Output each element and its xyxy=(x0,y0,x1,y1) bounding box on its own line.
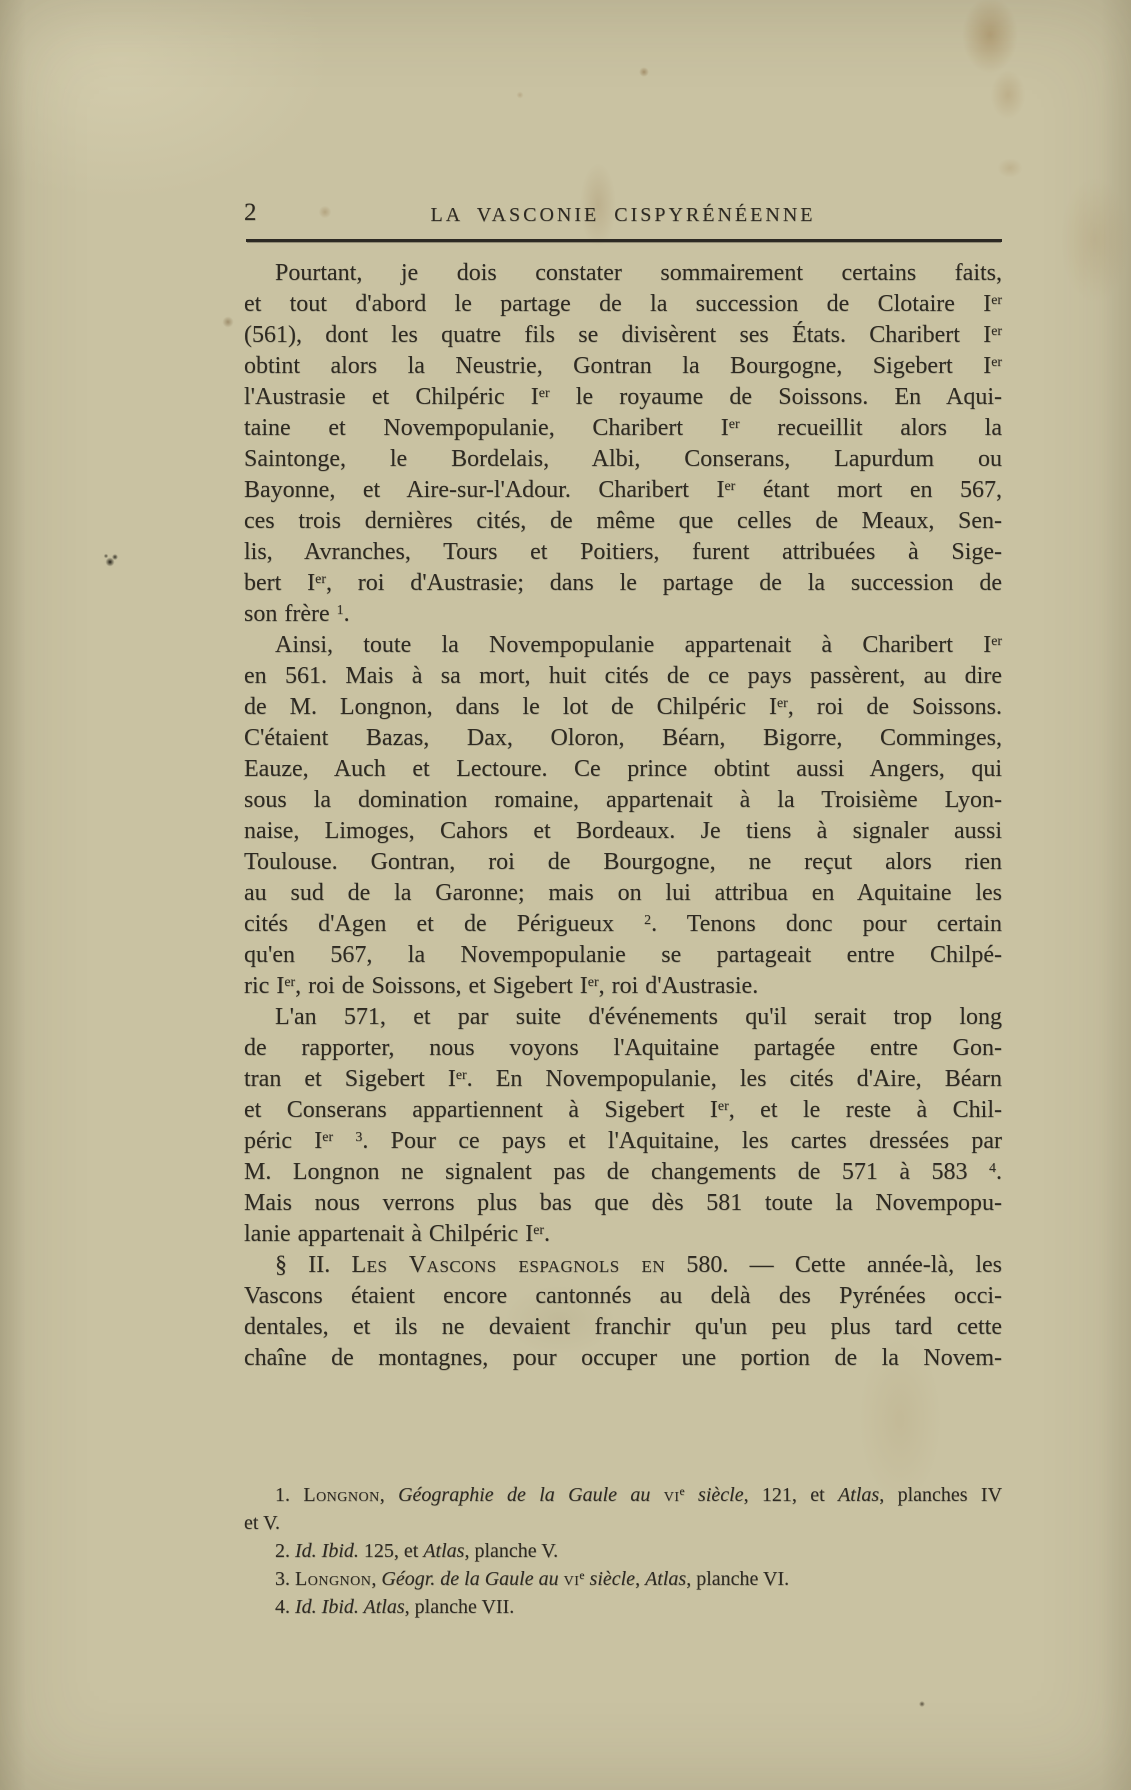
text-line: (561), dont les quatre fils se divisèren… xyxy=(244,320,1002,351)
footnote-line: et V. xyxy=(244,1509,1002,1537)
text-line: Ainsi, toute la Novempopulanie appartena… xyxy=(244,630,1002,661)
footnote-line: 4. Id. Ibid. Atlas, planche VII. xyxy=(244,1593,1002,1621)
text-line: obtint alors la Neustrie, Gontran la Bou… xyxy=(244,351,1002,382)
text-line: L'an 571, et par suite d'événements qu'i… xyxy=(244,1002,1002,1033)
book-page: 2 LA VASCONIE CISPYRÉNÉENNE Pourtant, je… xyxy=(0,0,1131,1790)
text-line: et Conserans appartiennent à Sigebert Ie… xyxy=(244,1095,1002,1126)
text-line: péric Ier 3. Pour ce pays et l'Aquitaine… xyxy=(244,1126,1002,1157)
text-line: M. Longnon ne signalent pas de changemen… xyxy=(244,1157,1002,1188)
text-line: de rapporter, nous voyons l'Aquitaine pa… xyxy=(244,1033,1002,1064)
text-line: son frère 1. xyxy=(244,599,1002,630)
text-line: ces trois dernières cités, de même que c… xyxy=(244,506,1002,537)
text-line: tran et Sigebert Ier. En Novempopulanie,… xyxy=(244,1064,1002,1095)
footnotes: 1. Longnon, Géographie de la Gaule au vi… xyxy=(244,1481,1002,1621)
text-line: taine et Novempopulanie, Charibert Ier r… xyxy=(244,413,1002,444)
text-line: en 561. Mais à sa mort, huit cités de ce… xyxy=(244,661,1002,692)
footnote-line: 1. Longnon, Géographie de la Gaule au vi… xyxy=(244,1481,1002,1509)
text-line: Bayonne, et Aire-sur-l'Adour. Charibert … xyxy=(244,475,1002,506)
text-line: lis, Avranches, Tours et Poitiers, furen… xyxy=(244,537,1002,568)
text-line: naise, Limoges, Cahors et Bordeaux. Je t… xyxy=(244,816,1002,847)
footnote-line: 2. Id. Ibid. 125, et Atlas, planche V. xyxy=(244,1537,1002,1565)
page-body: Pourtant, je dois constater sommairement… xyxy=(244,258,1002,1374)
text-line: dentales, et ils ne devaient franchir qu… xyxy=(244,1312,1002,1343)
text-line: cités d'Agen et de Périgueux 2. Tenons d… xyxy=(244,909,1002,940)
text-line: Eauze, Auch et Lectoure. Ce prince obtin… xyxy=(244,754,1002,785)
text-line: Mais nous verrons plus bas que dès 581 t… xyxy=(244,1188,1002,1219)
ink-blot xyxy=(100,549,122,571)
running-head-title: LA VASCONIE CISPYRÉNÉENNE xyxy=(244,202,1002,228)
text-line: et tout d'abord le partage de la success… xyxy=(244,289,1002,320)
text-line: Toulouse. Gontran, roi de Bourgogne, ne … xyxy=(244,847,1002,878)
text-line: l'Austrasie et Chilpéric Ier le royaume … xyxy=(244,382,1002,413)
text-line: sous la domination romaine, appartenait … xyxy=(244,785,1002,816)
text-line: Vascons étaient encore cantonnés au delà… xyxy=(244,1281,1002,1312)
text-line: Saintonge, le Bordelais, Albi, Conserans… xyxy=(244,444,1002,475)
text-line: Pourtant, je dois constater sommairement… xyxy=(244,258,1002,289)
text-line: ric Ier, roi de Soissons, et Sigebert Ie… xyxy=(244,971,1002,1002)
text-line: chaîne de montagnes, pour occuper une po… xyxy=(244,1343,1002,1374)
header-rule xyxy=(246,239,1002,242)
text-line: bert Ier, roi d'Austrasie; dans le parta… xyxy=(244,568,1002,599)
text-line: § II. Les Vascons espagnols en 580. — Ce… xyxy=(244,1250,1002,1281)
text-line: qu'en 567, la Novempopulanie se partagea… xyxy=(244,940,1002,971)
text-line: au sud de la Garonne; mais on lui attrib… xyxy=(244,878,1002,909)
text-line: de M. Longnon, dans le lot de Chilpéric … xyxy=(244,692,1002,723)
footnote-line: 3. Longnon, Géogr. de la Gaule au vie si… xyxy=(244,1565,1002,1593)
text-line: C'étaient Bazas, Dax, Oloron, Béarn, Big… xyxy=(244,723,1002,754)
text-line: lanie appartenait à Chilpéric Ier. xyxy=(244,1219,1002,1250)
